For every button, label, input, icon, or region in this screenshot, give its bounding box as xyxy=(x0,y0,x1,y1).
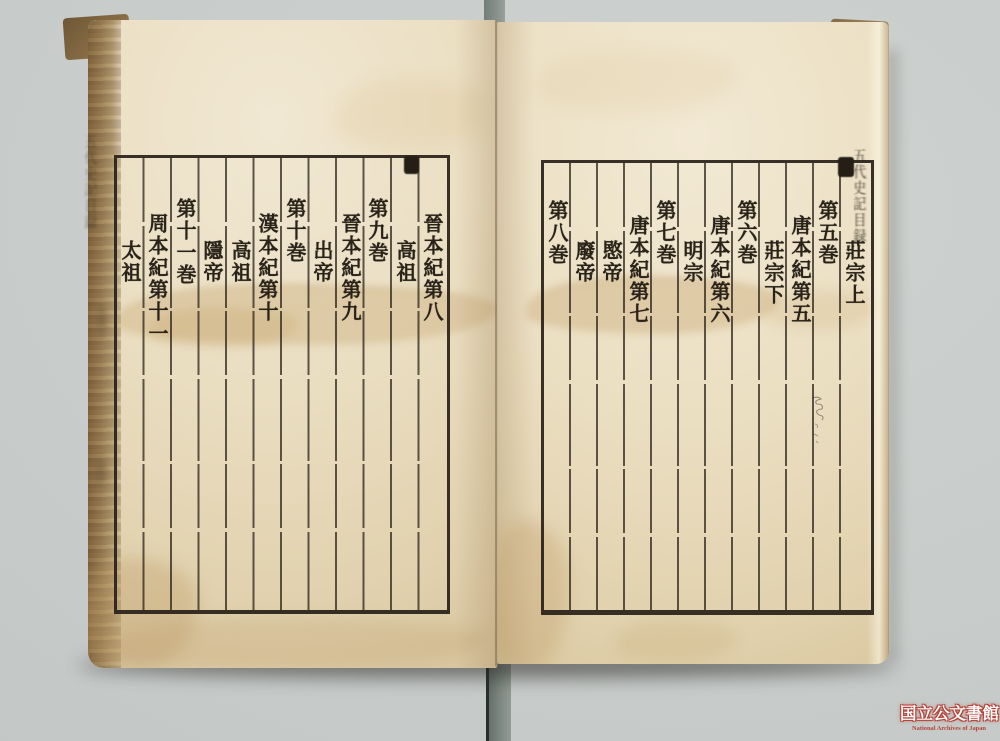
toc-column: 隱帝 xyxy=(198,240,226,284)
toc-column: 莊宗上 xyxy=(840,240,868,306)
toc-column: 周本紀第十一 xyxy=(143,213,171,345)
archives-watermark-jp: 国立公文書館 xyxy=(900,704,998,725)
toc-column: 明宗 xyxy=(678,240,706,284)
archives-watermark: 国立公文書館 National Archives of Japan xyxy=(900,704,998,732)
water-stain xyxy=(108,618,488,668)
spine-smudge xyxy=(94,298,110,342)
toc-column: 愍帝 xyxy=(597,240,625,284)
toc-column: 第十巻 xyxy=(281,198,309,264)
photo-background: 莊宗上 第五巻 唐本紀第五 莊宗下 第六巻 唐本紀第六 明宗 第七巻 唐本紀第七… xyxy=(0,0,1000,741)
toc-column: 第九巻 xyxy=(363,198,391,264)
spine-smudge xyxy=(92,453,110,491)
toc-column: 第八巻 xyxy=(543,200,571,266)
toc-column: 唐本紀第五 xyxy=(786,215,814,325)
toc-column: 唐本紀第七 xyxy=(624,215,652,325)
toc-column: 第七巻 xyxy=(651,200,679,266)
toc-column: 第六巻 xyxy=(732,200,760,266)
toc-column: 廢帝 xyxy=(570,240,598,284)
toc-column: 漢本紀第十 xyxy=(253,213,281,323)
toc-column: 晉本紀第九 xyxy=(336,213,364,323)
gutter-seam xyxy=(495,20,498,666)
toc-column: 高祖 xyxy=(226,240,254,284)
handwritten-annotation xyxy=(806,394,828,446)
toc-column: 第十一巻 xyxy=(171,198,199,286)
folded-edge-title: 五代史記目録 xyxy=(851,148,868,244)
archives-watermark-en: National Archives of Japan xyxy=(900,726,998,732)
folded-edge-title: 五代史記目録 xyxy=(82,134,99,230)
foxing xyxy=(537,50,737,112)
toc-column: 高祖 xyxy=(391,240,419,284)
toc-column: 出帝 xyxy=(308,240,336,284)
toc-column: 太祖 xyxy=(116,240,144,284)
ink-blot xyxy=(404,156,419,174)
toc-column: 莊宗下 xyxy=(759,240,787,306)
foxing xyxy=(336,78,488,150)
toc-column: 唐本紀第六 xyxy=(705,215,733,325)
toc-column: 第五巻 xyxy=(813,200,841,266)
water-stain xyxy=(615,620,737,662)
toc-column: 晉本紀第八 xyxy=(418,213,446,323)
